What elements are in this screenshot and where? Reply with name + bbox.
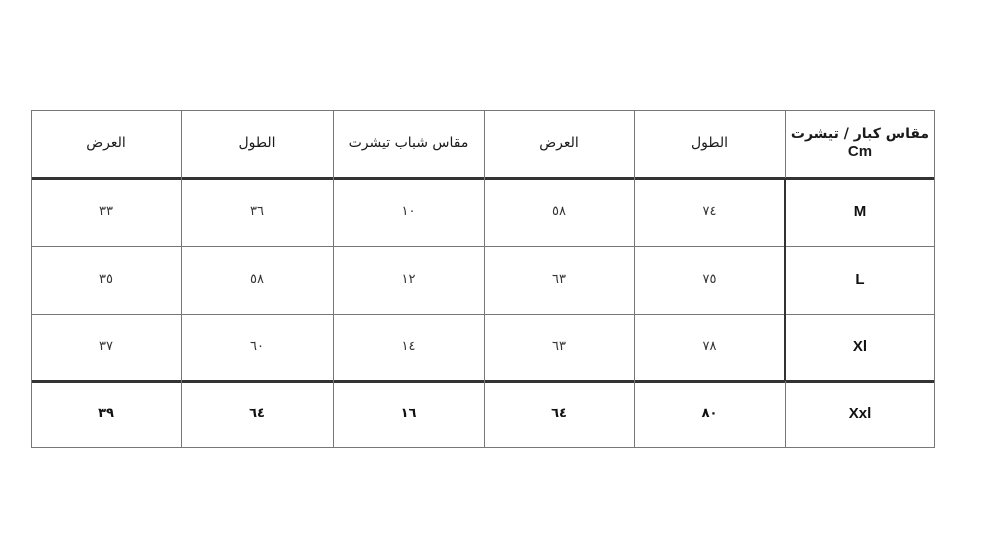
cell-adult-length: ٧٥: [634, 246, 785, 314]
header-unit-label: Cm: [848, 143, 872, 162]
header-divider: [31, 177, 935, 180]
column-divider: [333, 110, 334, 448]
row-divider: [31, 246, 935, 247]
cell-youth-width: ٣٥: [31, 246, 181, 314]
table-border-bottom: [31, 447, 935, 448]
column-divider: [181, 110, 182, 448]
cell-adult-size: Xl: [785, 314, 935, 381]
cell-youth-width: ٣٩: [31, 381, 181, 448]
row-divider: [31, 314, 935, 315]
column-divider: [634, 110, 635, 448]
cell-adult-size: M: [785, 178, 935, 246]
cell-youth-width: ٣٣: [31, 178, 181, 246]
header-youth-size: مقاس شباب تيشرت: [333, 110, 484, 178]
size-column-divider-thick: [784, 178, 786, 381]
cell-adult-length: ٨٠: [634, 381, 785, 448]
cell-youth-length: ٣٦: [181, 178, 333, 246]
cell-adult-width: ٥٨: [484, 178, 634, 246]
cell-youth-size: ١٦: [333, 381, 484, 448]
size-chart-table: العرض الطول مقاس شباب تيشرت العرض الطول …: [31, 110, 935, 448]
header-youth-length: الطول: [181, 110, 333, 178]
cell-adult-width: ٦٤: [484, 381, 634, 448]
header-youth-width: العرض: [31, 110, 181, 178]
cell-adult-size: L: [785, 246, 935, 314]
cell-youth-size: ١٢: [333, 246, 484, 314]
cell-adult-length: ٧٤: [634, 178, 785, 246]
cell-youth-length: ٦٠: [181, 314, 333, 381]
header-adult-width: العرض: [484, 110, 634, 178]
cell-youth-size: ١٠: [333, 178, 484, 246]
header-adult-length: الطول: [634, 110, 785, 178]
cell-adult-length: ٧٨: [634, 314, 785, 381]
cell-youth-length: ٦٤: [181, 381, 333, 448]
table-border-right: [934, 110, 935, 448]
table-border-top: [31, 110, 935, 111]
cell-youth-width: ٣٧: [31, 314, 181, 381]
row-divider-thick: [31, 380, 935, 383]
cell-adult-width: ٦٣: [484, 314, 634, 381]
cell-youth-length: ٥٨: [181, 246, 333, 314]
table-border-left: [31, 110, 32, 448]
cell-adult-size: Xxl: [785, 381, 935, 448]
header-adult-size: مقاس كبار / تيشرت Cm: [785, 110, 935, 178]
column-divider: [484, 110, 485, 448]
cell-youth-size: ١٤: [333, 314, 484, 381]
header-adult-size-label: مقاس كبار / تيشرت: [791, 126, 929, 144]
cell-adult-width: ٦٣: [484, 246, 634, 314]
